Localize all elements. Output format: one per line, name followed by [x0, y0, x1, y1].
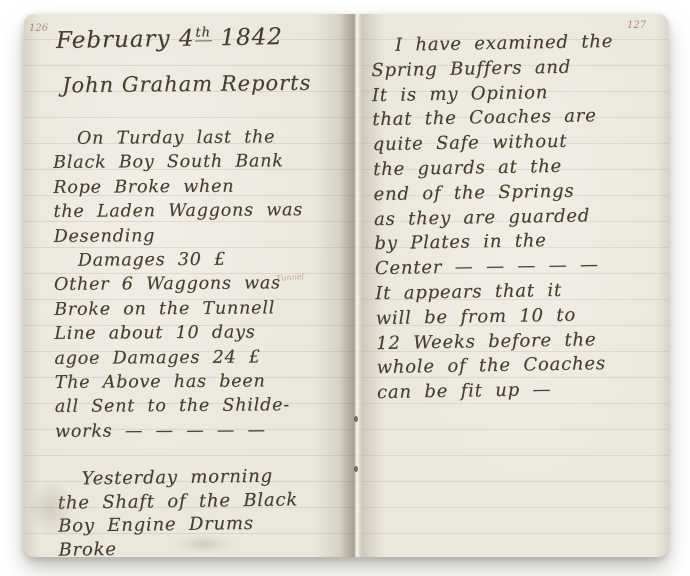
date-year: 1842	[220, 24, 283, 51]
manuscript-line: Broke on the Tunnell	[54, 296, 304, 322]
manuscript-line: Broke	[58, 535, 299, 557]
shaft-broke-paragraph: Yesterday morning the Shaft of the Black…	[57, 464, 298, 557]
right-page: 127 I have examined the Spring Buffers a…	[354, 14, 668, 557]
manuscript-line: all Sent to the Shilde-	[55, 394, 305, 420]
manuscript-line: agoe Damages 24 £	[54, 345, 304, 371]
manuscript-line: The Above has been	[55, 369, 305, 395]
manuscript-line: whole of the Coaches	[376, 352, 619, 381]
manuscript-line: Boy Engine Drums	[58, 511, 299, 538]
manuscript-line: On Turday last the	[53, 125, 303, 151]
manuscript-line: I have examined the	[371, 30, 614, 59]
manuscript-line: the Laden Waggons was	[53, 198, 303, 224]
manuscript-line: Damages 30 £	[54, 247, 304, 273]
manuscript-line: can be fit up —	[377, 377, 620, 406]
open-notebook: 126 February 4th 1842 John Graham Report…	[24, 14, 668, 557]
left-page: 126 February 4th 1842 John Graham Report…	[24, 14, 354, 557]
reporter-line: John Graham Reports	[62, 71, 312, 98]
manuscript-line: Other 6 Waggons was	[54, 272, 304, 298]
date-heading: February 4th 1842	[56, 24, 283, 54]
manuscript-line: Yesterday morning	[57, 464, 298, 491]
page-number-right: 127	[627, 20, 646, 31]
manuscript-line: Rope Broke when	[53, 174, 303, 200]
manuscript-line: works — — — — —	[55, 418, 305, 444]
manuscript-line: Black Boy South Bank	[53, 150, 303, 176]
manuscript-line: that the Coaches are	[372, 104, 615, 133]
photo-backdrop: 126 February 4th 1842 John Graham Report…	[0, 0, 690, 576]
manuscript-line: Line about 10 days	[54, 320, 304, 346]
date-ordinal: th	[194, 25, 212, 41]
spring-buffers-paragraph: I have examined the Spring Buffers and I…	[371, 30, 620, 406]
manuscript-line: Desending	[54, 223, 304, 249]
page-number-left: 126	[29, 23, 48, 34]
manuscript-line: Center — — — — —	[375, 253, 618, 282]
date-month-day: February 4	[56, 26, 195, 54]
manuscript-line: as they are guarded	[374, 203, 617, 232]
manuscript-line: the Shaft of the Black	[58, 488, 299, 515]
incident-report-paragraph: On Turday last the Black Boy South Bank …	[53, 125, 305, 444]
